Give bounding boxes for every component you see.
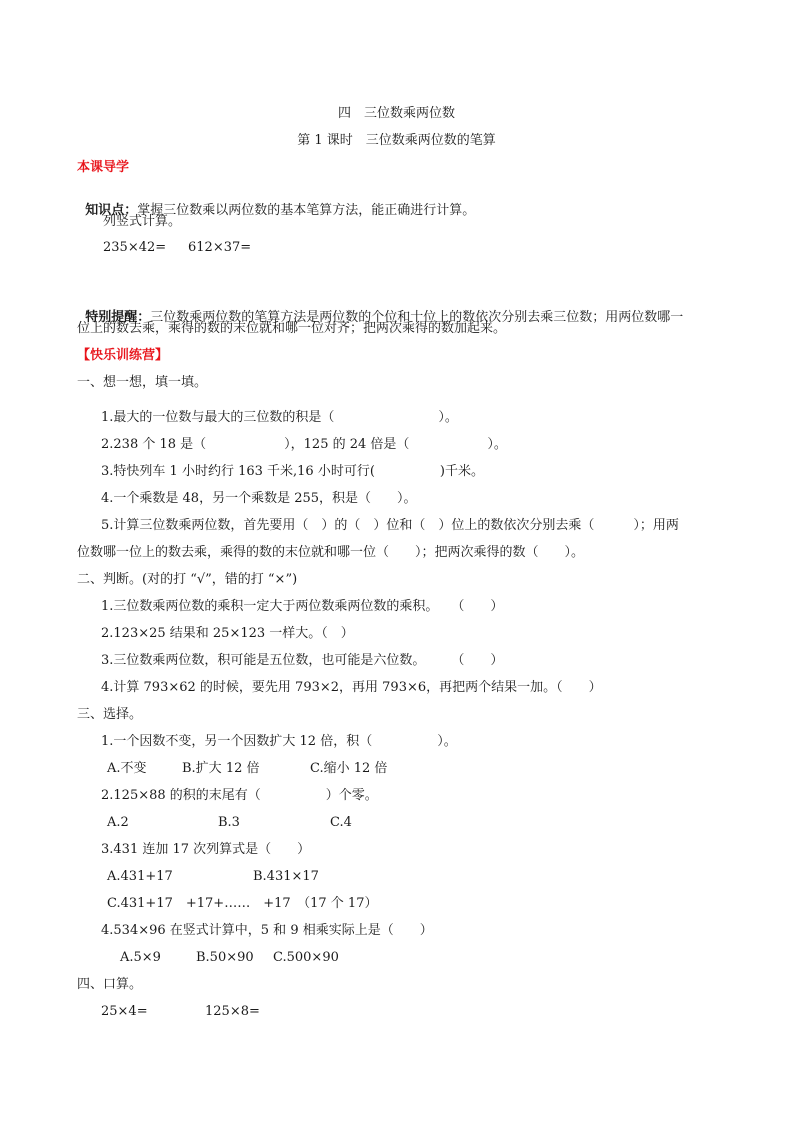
section3-title: 三、选择。 [77,707,142,723]
guide-exercise-2: 612×37= [188,240,251,256]
section3-q2: 2.125×88 的积的末尾有（ ）个零。 [101,788,378,804]
section3-q3: 3.431 连加 17 次列算式是（ ） [101,842,310,858]
reminder-line-2: 位上的数去乘，乘得的数的末位就和哪一位对齐；把两次乘得的数加起来。 [77,321,506,337]
guide-heading: 本课导学 [77,160,129,176]
section3-q1-option-a: A.不变 [107,761,147,777]
section1-q4: 4.一个乘数是 48，另一个乘数是 255，积是（ ）。 [101,491,417,507]
vertical-calc-task: 列竖式计算。 [103,214,181,230]
section3-q4-option-c: C.500×90 [273,950,339,966]
section3-q2-option-b: B.3 [218,815,240,831]
section3-q2-option-c: C.4 [330,815,352,831]
section3-q4-option-a: A.5×9 [120,950,161,966]
section1-q1: 1.最大的一位数与最大的三位数的积是（ ）。 [101,410,458,426]
section4-exercise-2: 125×8= [205,1004,260,1020]
section3-q3-option-a: A.431+17 [107,869,173,885]
knowledge-text: 掌握三位数乘以两位数的基本笔算方法，能正确进行计算。 [137,203,475,218]
section1-q5-line2: 位数哪一位上的数去乘，乘得的数的末位就和哪一位（ ）；把两次乘得的数（ ）。 [77,545,584,561]
section2-q1: 1.三位数乘两位数的乘积一定大于两位数乘两位数的乘积。 （ ） [101,599,503,615]
practice-heading: 【快乐训练营】 [77,348,168,364]
section2-q3: 3.三位数乘两位数，积可能是五位数，也可能是六位数。 （ ） [101,653,503,669]
section3-q1-option-c: C.缩小 12 倍 [310,761,387,777]
section3-q3-option-c: C.431+17 +17+…… +17 （17 个 17） [107,896,377,912]
section1-q5-line1: 5.计算三位数乘两位数，首先要用（ ）的（ ）位和（ ）位上的数依次分别去乘（ … [101,518,679,534]
chapter-title: 四 三位数乘两位数 [0,106,793,122]
section1-q2: 2.238 个 18 是（ ），125 的 24 倍是（ ）。 [101,437,507,453]
section4-exercise-1: 25×4= [101,1004,148,1020]
guide-exercise-1: 235×42= [103,240,166,256]
section2-q4: 4.计算 793×62 的时候，要先用 793×2，再用 793×6，再把两个结… [101,680,602,696]
section2-title: 二、判断。(对的打 “√”，错的打 “×”) [77,572,297,588]
section3-q1-option-b: B.扩大 12 倍 [182,761,260,777]
section4-title: 四、口算。 [77,977,142,993]
section1-title: 一、想一想，填一填。 [77,375,207,391]
section3-q2-option-a: A.2 [107,815,129,831]
section3-q4: 4.534×96 在竖式计算中，5 和 9 相乘实际上是（ ） [101,923,433,939]
section3-q3-option-b: B.431×17 [253,869,319,885]
lesson-title: 第 1 课时 三位数乘两位数的笔算 [0,133,793,149]
section3-q4-option-b: B.50×90 [196,950,254,966]
section3-q1: 1.一个因数不变，另一个因数扩大 12 倍，积（ ）。 [101,734,457,750]
section2-q2: 2.123×25 结果和 25×123 一样大。（ ） [101,626,354,642]
section1-q3: 3.特快列车 1 小时约行 163 千米,16 小时可行( )千米。 [101,464,484,480]
